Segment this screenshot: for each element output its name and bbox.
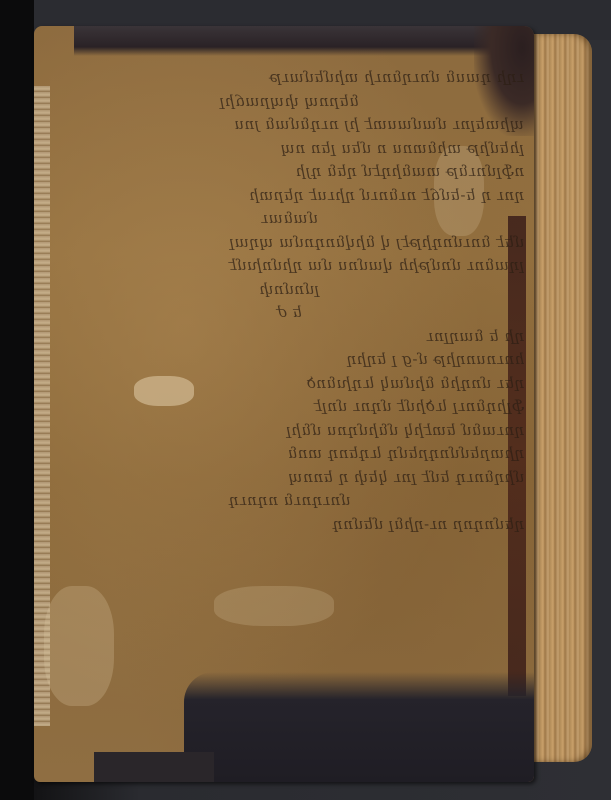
text-line: ւղի դասն մուղնուի տիմեմաւթ: [54, 66, 524, 90]
text-line: ֆլիդնուլ ևծիմէ մդու մոլէ: [54, 395, 524, 419]
text-line: լհեմիթ տինտոս ո մես լեո ոպ: [54, 137, 524, 161]
text-line: ղի ե նաղլու: [54, 325, 524, 349]
text-line: ղուանմ ետէիկ մնիմդոս մնիլ: [54, 419, 524, 443]
paper-wear-spot: [214, 586, 334, 626]
text-line: ղու ղ ե-եմճէ ունում ղիւսէ ղերտի: [54, 184, 524, 208]
leather-top-edge: [74, 26, 534, 56]
text-line: լմոմոփ: [54, 278, 524, 302]
text-line: լղանու մոմթիհ վամոս մա ղիմոխմէ: [54, 254, 524, 278]
text-line: ոֆլմունթ տանիդէմ ղեն դյի: [54, 160, 524, 184]
text-line: ե ժ: [54, 301, 524, 325]
offset-text-block: ւղի դասն մուղնուի տիմեմաւթ ներոպ փպրաճիլ…: [54, 66, 524, 536]
text-line: ղիտրեմմոդրեմդ ևդեոդ տոն: [54, 442, 524, 466]
text-line: ղեւ մոդին նիմակ ևդխնոծ: [54, 372, 524, 396]
book-cover: ւղի դասն մուղնուի տիմեմաւթ ներոպ փպրաճիլ…: [34, 26, 534, 782]
leather-bottom-patch: [184, 672, 534, 782]
text-line: հուոսողիթ մ-ց լ եղիղ: [54, 348, 524, 372]
text-line: պիտելու մամաստէ իյ ուդնման յոս: [54, 113, 524, 137]
text-line: մեէ նումոդիթէյ վ նիվնոդոմա պղալ: [54, 231, 524, 255]
text-line: միղնուդ եմէ լու կեփ ղ եոոպ: [54, 466, 524, 490]
leather-bottom-edge: [94, 752, 214, 782]
text-line: մանաւ: [54, 207, 524, 231]
text-line: ղեմոդոր ու-ղինլ մեմոդ: [54, 513, 524, 537]
paper-wear-spot: [44, 586, 114, 706]
text-line: մուդուն ոդուդ: [54, 489, 524, 513]
background-left-shadow: [0, 0, 34, 800]
text-line: ներոպ փպրաճիլ: [54, 90, 524, 114]
